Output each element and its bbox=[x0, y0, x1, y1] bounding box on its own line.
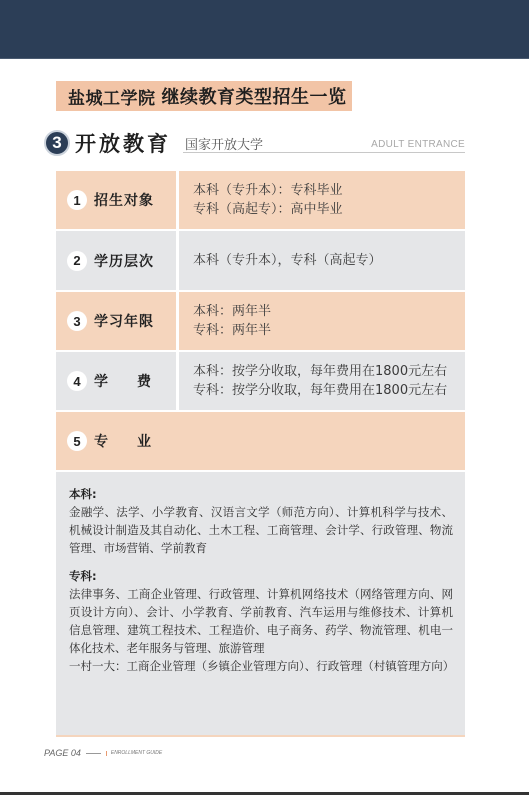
table-row-enrollment-target: 1 招生对象 本科（专升本）：专科毕业 专科（高起专）：高中毕业 bbox=[56, 171, 465, 229]
value-line: 专科：两年半 bbox=[193, 321, 465, 340]
college-text: 法律事务、工商企业管理、行政管理、计算机网络技术（网络管理方向、网页设计方向）、… bbox=[69, 585, 453, 657]
footer-accent-bar bbox=[106, 751, 107, 756]
value-line: 专科：按学分收取，每年费用在1800元左右 bbox=[193, 381, 465, 400]
section-divider bbox=[183, 152, 465, 153]
college-title: 专科: bbox=[69, 567, 453, 585]
undergrad-majors: 本科: 金融学、法学、小学教育、汉语言文学（师范方向）、计算机科学与技术、机械设… bbox=[69, 485, 453, 557]
label-char: 费 bbox=[137, 371, 152, 391]
footer-dash bbox=[86, 753, 101, 754]
row-label-text: 学习年限 bbox=[94, 311, 154, 331]
row-value: 本科：两年半 专科：两年半 bbox=[179, 292, 465, 350]
number-badge-icon: 4 bbox=[67, 371, 87, 391]
footer-guide-label: ENROLLMENT GUIDE bbox=[111, 750, 162, 756]
label-char: 业 bbox=[137, 431, 152, 451]
school-name: 盐城工学院 bbox=[68, 84, 156, 109]
row-value: 本科：按学分收取，每年费用在1800元左右 专科：按学分收取，每年费用在1800… bbox=[179, 352, 465, 410]
row-label: 4 学 费 bbox=[56, 352, 176, 410]
section-header: 3 开放教育 国家开放大学 ADULT ENTRANCE bbox=[44, 128, 465, 158]
number-badge-icon: 3 bbox=[67, 311, 87, 331]
section-title: 开放教育 bbox=[75, 128, 171, 158]
table-row-tuition: 4 学 费 本科：按学分收取，每年费用在1800元左右 专科：按学分收取，每年费… bbox=[56, 352, 465, 410]
row-label-text: 学 费 bbox=[94, 371, 152, 391]
top-banner bbox=[0, 0, 529, 59]
page-footer: PAGE 04 ENROLLMENT GUIDE bbox=[44, 748, 162, 758]
college-majors: 专科: 法律事务、工商企业管理、行政管理、计算机网络技术（网络管理方向、网页设计… bbox=[69, 567, 453, 675]
row-label: 2 学历层次 bbox=[56, 231, 176, 290]
page-title-banner: 盐城工学院 继续教育类型招生一览 bbox=[56, 81, 352, 111]
village-text: 一村一大：工商企业管理（乡镇企业管理方向）、行政管理（村镇管理方向） bbox=[69, 657, 453, 675]
row-label-text: 专 业 bbox=[94, 431, 152, 451]
row-label: 5 专 业 bbox=[56, 412, 256, 470]
table-row-majors-header: 5 专 业 bbox=[56, 412, 465, 470]
page-number: PAGE 04 bbox=[44, 748, 81, 758]
row-label: 3 学习年限 bbox=[56, 292, 176, 350]
section-subtitle: 国家开放大学 bbox=[185, 134, 263, 153]
row-label: 1 招生对象 bbox=[56, 171, 176, 229]
row-label-text: 学历层次 bbox=[94, 251, 154, 271]
row-value: 本科（专升本）：专科毕业 专科（高起专）：高中毕业 bbox=[179, 171, 465, 229]
row-value: 本科（专升本），专科（高起专） bbox=[179, 231, 465, 290]
value-line: 本科（专升本）：专科毕业 bbox=[193, 181, 465, 200]
page-title: 继续教育类型招生一览 bbox=[162, 83, 347, 109]
row-label-text: 招生对象 bbox=[94, 190, 154, 210]
value-line: 本科：两年半 bbox=[193, 302, 465, 321]
section-english-label: ADULT ENTRANCE bbox=[371, 139, 465, 150]
table-row-study-duration: 3 学习年限 本科：两年半 专科：两年半 bbox=[56, 292, 465, 350]
value-line: 本科（专升本），专科（高起专） bbox=[193, 251, 465, 270]
label-char: 专 bbox=[94, 431, 109, 451]
table-row-degree-level: 2 学历层次 本科（专升本），专科（高起专） bbox=[56, 231, 465, 290]
undergrad-title: 本科: bbox=[69, 485, 453, 503]
number-badge-icon: 1 bbox=[67, 190, 87, 210]
value-line: 专科（高起专）：高中毕业 bbox=[193, 200, 465, 219]
number-badge-icon: 5 bbox=[67, 431, 87, 451]
number-badge-icon: 2 bbox=[67, 251, 87, 271]
label-char: 学 bbox=[94, 371, 109, 391]
majors-list: 本科: 金融学、法学、小学教育、汉语言文学（师范方向）、计算机科学与技术、机械设… bbox=[56, 472, 465, 735]
undergrad-text: 金融学、法学、小学教育、汉语言文学（师范方向）、计算机科学与技术、机械设计制造及… bbox=[69, 503, 453, 557]
table-bottom-rule bbox=[56, 735, 465, 737]
section-number-icon: 3 bbox=[44, 130, 70, 156]
value-line: 本科：按学分收取，每年费用在1800元左右 bbox=[193, 362, 465, 381]
